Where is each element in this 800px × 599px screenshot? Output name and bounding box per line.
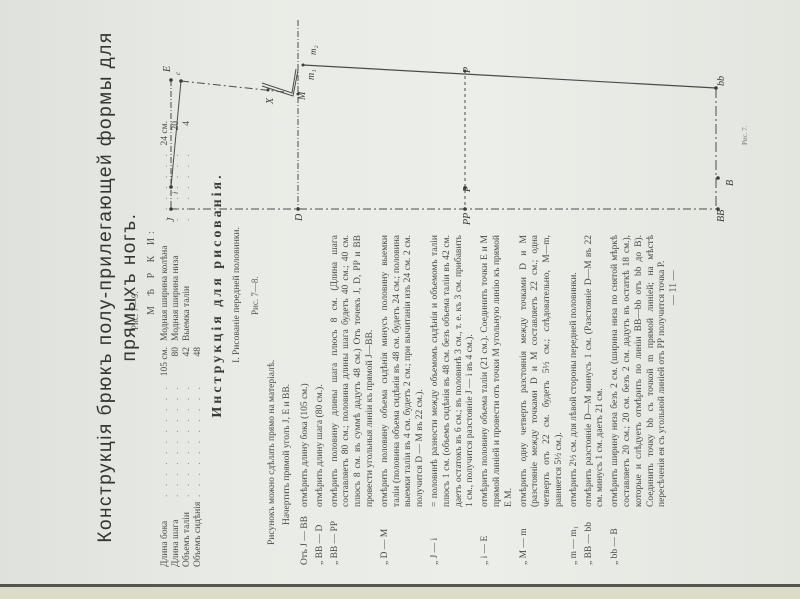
page-title: Конструкція брюкъ полу-прилегающей формы… — [94, 7, 142, 567]
step-item: „ BB — PP отмѣрить половину длины шага п… — [330, 235, 377, 565]
step-item: „ BB — bb отмѣрить разстояніе D—M минусъ… — [584, 235, 608, 565]
step-item: „ M — m отмѣрить одну четверть разстояні… — [519, 235, 566, 565]
step-item: „ D — M отмѣрить половину объема сидѣнія… — [380, 235, 427, 565]
section-heading: Инструкція для рисованія. — [210, 35, 226, 555]
measurement-row: Длина шага . . . . . . . . . . . . . . .… — [171, 121, 182, 567]
instruction-steps: Отъ J — BB отмѣрить длину бока (105 см.)… — [300, 235, 672, 565]
measurement-row: Объемъ сидѣнія . . . . . . . . . . . . .… — [193, 121, 204, 567]
step-item: „ BB — D отмѣрить длину шага (80 см.). — [315, 235, 327, 565]
figure-caption-mid: Рис. 7—8. — [250, 276, 260, 315]
measurements-table: Длина бока . . . . . . . . . . . . . . .… — [160, 121, 204, 567]
figure-caption-top: Рис. 7—9. — [130, 291, 140, 330]
measurements-header: М Ѣ Р К И: — [146, 227, 157, 315]
measurement-row: Длина бока . . . . . . . . . . . . . . .… — [160, 121, 171, 567]
step-item: „ m — m₁ отмѣрить 2½ см. для лѣвой сторо… — [569, 235, 581, 565]
background-below-page — [0, 587, 800, 599]
rotated-text-page: Конструкція брюкъ полу-прилегающей формы… — [0, 5, 800, 585]
intro-paragraph-1: Рисунокъ можно сдѣлать прямо на матеріал… — [266, 360, 278, 545]
page-number: — 11 — — [668, 270, 679, 305]
measurement-row: Объемъ таліи . . . . . . . . . . . . . .… — [182, 121, 193, 567]
intro-paragraph-2: Начертить прямой уголъ J, E и BB. — [281, 384, 293, 525]
step-item: „ bb — B отмѣрить ширину низа безъ 2 см.… — [610, 235, 669, 565]
step-item: „ J — i = половинѣ разности между объемо… — [430, 235, 477, 565]
subsection-heading: I. Рисованіе передней половинки. — [232, 35, 242, 555]
step-item: Отъ J — BB отмѣрить длину бока (105 см.) — [300, 235, 312, 565]
step-item: „ i — E отмѣрить половину объема таліи (… — [480, 235, 515, 565]
